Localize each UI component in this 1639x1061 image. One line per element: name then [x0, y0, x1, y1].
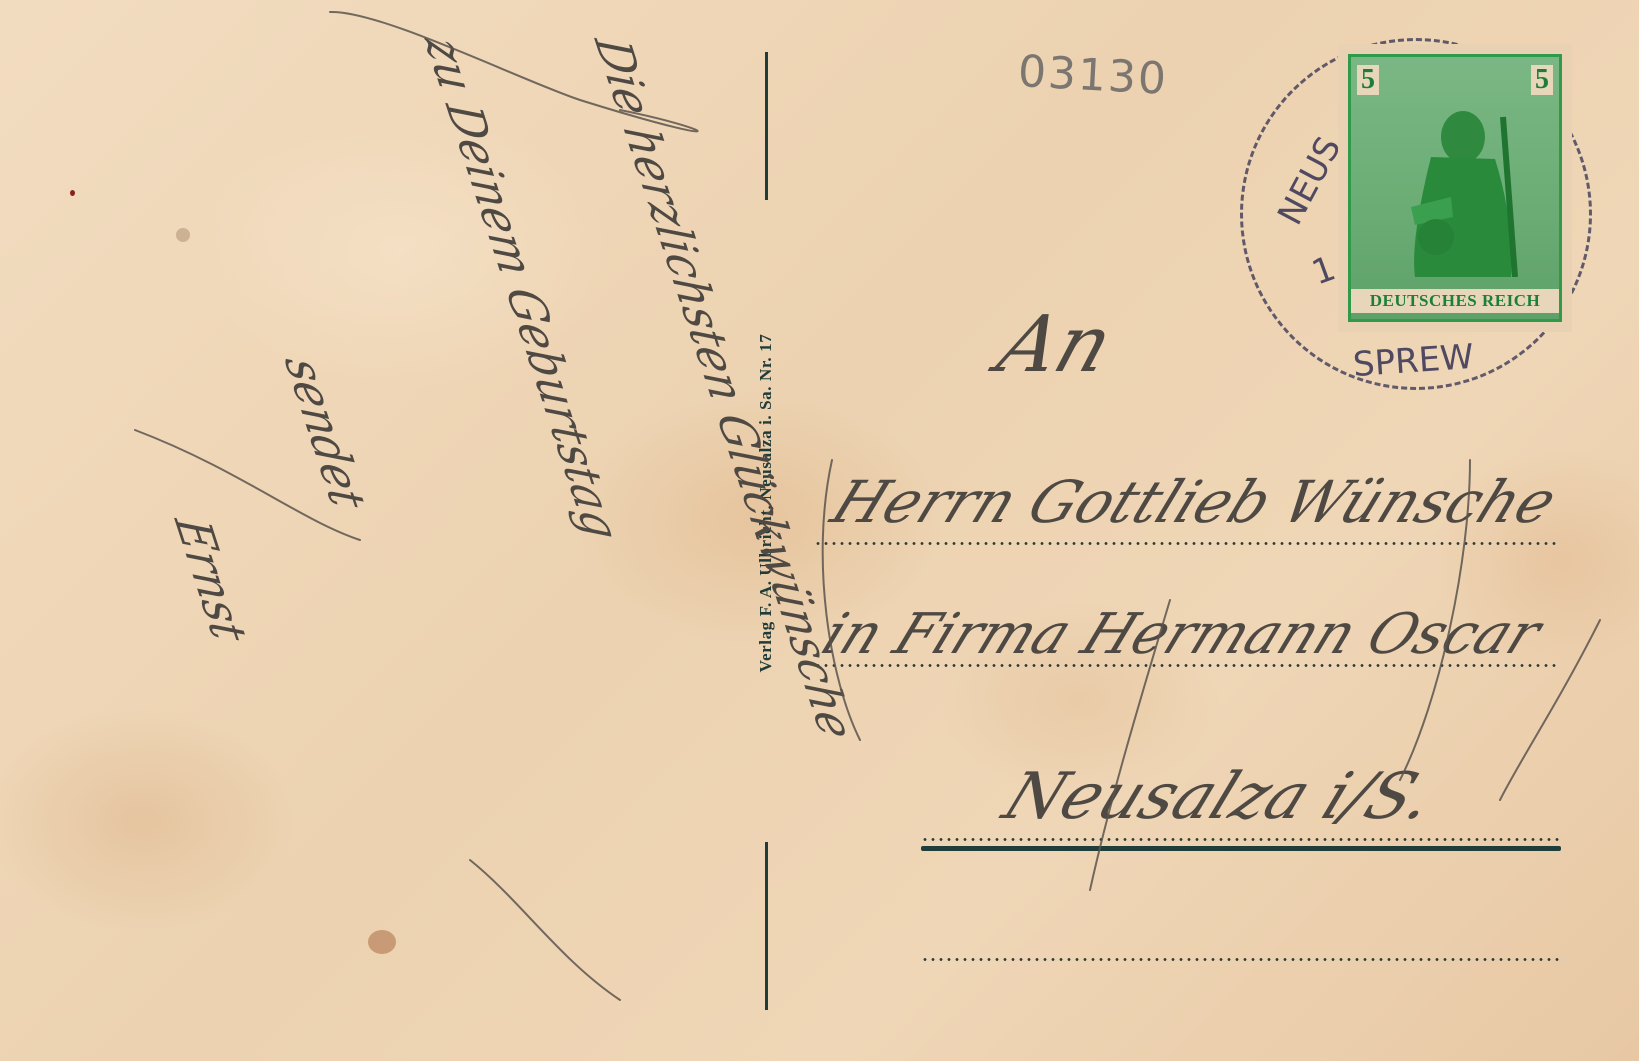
postage-stamp: 5 5 DEUTSCHES REICH	[1342, 48, 1568, 328]
postmark-date: 1	[1307, 249, 1341, 294]
stamp-frame: 5 5 DEUTSCHES REICH	[1348, 54, 1562, 322]
address-name: Herrn Gottlieb Wünsche	[822, 468, 1566, 536]
stain	[368, 930, 396, 954]
address-line-1	[814, 542, 1560, 545]
message-line-1: Die herzlichsten Glückwünsche	[583, 38, 867, 739]
address-line-4	[921, 958, 1561, 961]
stain	[176, 228, 190, 242]
center-divider-bottom	[765, 842, 768, 1010]
message-line-3: sendet	[273, 358, 379, 508]
address-line-3	[921, 838, 1561, 841]
stain	[70, 190, 75, 196]
address-company: in Firma Hermann Oscar	[813, 602, 1550, 667]
address-town: Neusalza i/S.	[993, 760, 1446, 834]
stamp-value-left: 5	[1357, 65, 1379, 95]
address-underline	[921, 846, 1561, 851]
center-divider-top	[765, 52, 768, 200]
message-line-2: zu Deinem Geburtstag	[413, 38, 633, 539]
stamp-country: DEUTSCHES REICH	[1351, 289, 1559, 313]
archive-number: 03130	[1017, 46, 1169, 105]
postmark-town: NEUS	[1270, 130, 1349, 231]
germania-figure-icon	[1391, 97, 1531, 277]
postcard: 03130 Verlag F. A. Ulbricht, Neusalza i.…	[0, 0, 1639, 1061]
message-line-4: Ernst	[163, 518, 260, 641]
address-salutation: An	[987, 300, 1123, 390]
postmark-region: SPREW	[1352, 337, 1475, 385]
stamp-value-right: 5	[1531, 65, 1553, 95]
